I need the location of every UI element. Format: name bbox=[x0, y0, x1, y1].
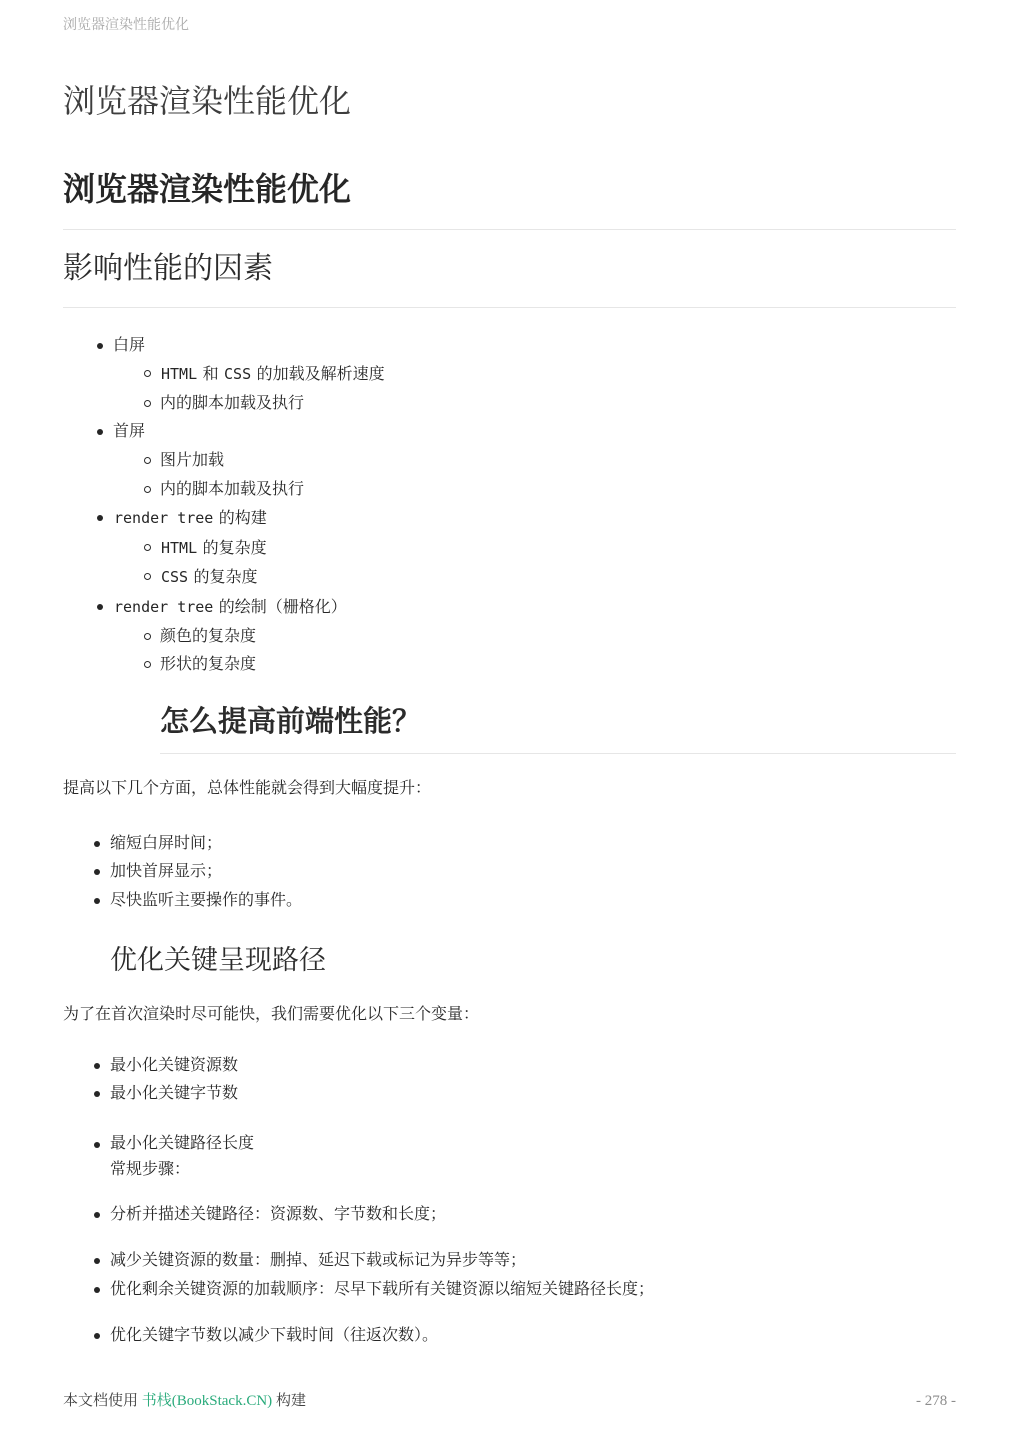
list-item-label: 白屏 bbox=[113, 337, 145, 354]
document-title: 浏览器渲染性能优化 bbox=[63, 85, 956, 119]
list-item: 最小化关键资源数 bbox=[110, 1052, 956, 1081]
list-item-firstscreen: 首屏 图片加载 内的脚本加载及执行 bbox=[113, 418, 956, 504]
section-heading-factors: 影响性能的因素 bbox=[63, 254, 956, 308]
chapter-title: 浏览器渲染性能优化 bbox=[63, 173, 956, 230]
list-item: 分析并描述关键路径：资源数、字节数和长度； bbox=[110, 1201, 956, 1230]
page-number: - 278 - bbox=[916, 1393, 956, 1410]
list-item-text: 的加载及解析速度 bbox=[252, 366, 384, 383]
list-item-render-tree-paint: render tree 的绘制（栅格化） 颜色的复杂度 形状的复杂度 bbox=[113, 593, 956, 680]
list-item-text: 的绘制（栅格化） bbox=[214, 599, 346, 616]
sublist-whitescreen: HTML 和 CSS 的加载及解析速度 内的脚本加载及执行 bbox=[113, 360, 956, 418]
list-item: 优化关键字节数以减少下载时间（往返次数）。 bbox=[110, 1322, 956, 1351]
list-item-text: 常规步骤： bbox=[110, 1161, 190, 1178]
list-item: 优化剩余关键资源的加载顺序：尽早下载所有关键资源以缩短关键路径长度； bbox=[110, 1276, 956, 1305]
inline-code-html: HTML bbox=[161, 365, 197, 383]
list-item: HTML 的复杂度 bbox=[160, 534, 956, 564]
list-item: 最小化关键路径长度 常规步骤： bbox=[110, 1131, 956, 1183]
improve-intro-paragraph: 提高以下几个方面，总体性能就会得到大幅度提升： bbox=[63, 778, 956, 800]
list-item: 减少关键资源的数量：删掉、延迟下载或标记为异步等等； bbox=[110, 1247, 956, 1276]
footer-prefix: 本文档使用 bbox=[63, 1393, 142, 1409]
sublist-render-tree-build: HTML 的复杂度 CSS 的复杂度 bbox=[113, 534, 956, 593]
list-item-text: 的复杂度 bbox=[189, 569, 257, 586]
list-item-label: 首屏 bbox=[113, 423, 145, 440]
list-item: 图片加载 bbox=[160, 447, 956, 476]
sublist-render-tree-paint: 颜色的复杂度 形状的复杂度 bbox=[113, 623, 956, 680]
list-item: 尽快监听主要操作的事件。 bbox=[110, 887, 956, 916]
list-item: 最小化关键字节数 bbox=[110, 1080, 956, 1109]
list-item-text: 的复杂度 bbox=[198, 540, 266, 557]
list-item: 颜色的复杂度 bbox=[160, 623, 956, 652]
list-item-text: 的构建 bbox=[214, 510, 266, 527]
list-item: CSS 的复杂度 bbox=[160, 563, 956, 593]
list-item: 内的脚本加载及执行 bbox=[160, 390, 956, 419]
list-item: HTML 和 CSS 的加载及解析速度 bbox=[160, 360, 956, 390]
footer-suffix: 构建 bbox=[272, 1393, 306, 1409]
inline-code-render-tree: render tree bbox=[114, 598, 213, 616]
list-item-text: 和 bbox=[198, 366, 223, 383]
list-item: 内的脚本加载及执行 bbox=[160, 476, 956, 505]
running-header: 浏览器渲染性能优化 bbox=[63, 14, 189, 34]
list-item: 形状的复杂度 bbox=[160, 651, 956, 680]
page-footer: 本文档使用 书栈(BookStack.CN) 构建 - 278 - bbox=[63, 1389, 956, 1410]
inline-code-html: HTML bbox=[161, 539, 197, 557]
section-heading-improve: 怎么提高前端性能？ bbox=[160, 708, 956, 754]
factors-list: 白屏 HTML 和 CSS 的加载及解析速度 内的脚本加载及执行 首屏 图片加载… bbox=[63, 332, 956, 680]
inline-code-css: CSS bbox=[224, 365, 251, 383]
inline-code-render-tree: render tree bbox=[114, 509, 213, 527]
critical-path-intro-paragraph: 为了在首次渲染时尽可能快，我们需要优化以下三个变量： bbox=[63, 1004, 956, 1026]
section-heading-critical-path: 优化关键呈现路径 bbox=[110, 947, 956, 974]
sublist-firstscreen: 图片加载 内的脚本加载及执行 bbox=[113, 447, 956, 504]
list-item-text: 最小化关键路径长度 bbox=[110, 1135, 254, 1152]
critical-path-list: 最小化关键资源数 最小化关键字节数 最小化关键路径长度 常规步骤： 分析并描述关… bbox=[63, 1052, 956, 1352]
document-page: 浏览器渲染性能优化 浏览器渲染性能优化 影响性能的因素 白屏 HTML 和 CS… bbox=[0, 85, 1019, 1351]
footer-build-note: 本文档使用 书栈(BookStack.CN) 构建 bbox=[63, 1389, 306, 1410]
list-item: 缩短白屏时间； bbox=[110, 830, 956, 859]
list-item-render-tree-build: render tree 的构建 HTML 的复杂度 CSS 的复杂度 bbox=[113, 504, 956, 593]
list-item-whitescreen: 白屏 HTML 和 CSS 的加载及解析速度 内的脚本加载及执行 bbox=[113, 332, 956, 419]
bookstack-link[interactable]: 书栈(BookStack.CN) bbox=[142, 1393, 272, 1409]
inline-code-css: CSS bbox=[161, 568, 188, 586]
improve-list: 缩短白屏时间； 加快首屏显示； 尽快监听主要操作的事件。 bbox=[63, 830, 956, 916]
list-item: 加快首屏显示； bbox=[110, 858, 956, 887]
